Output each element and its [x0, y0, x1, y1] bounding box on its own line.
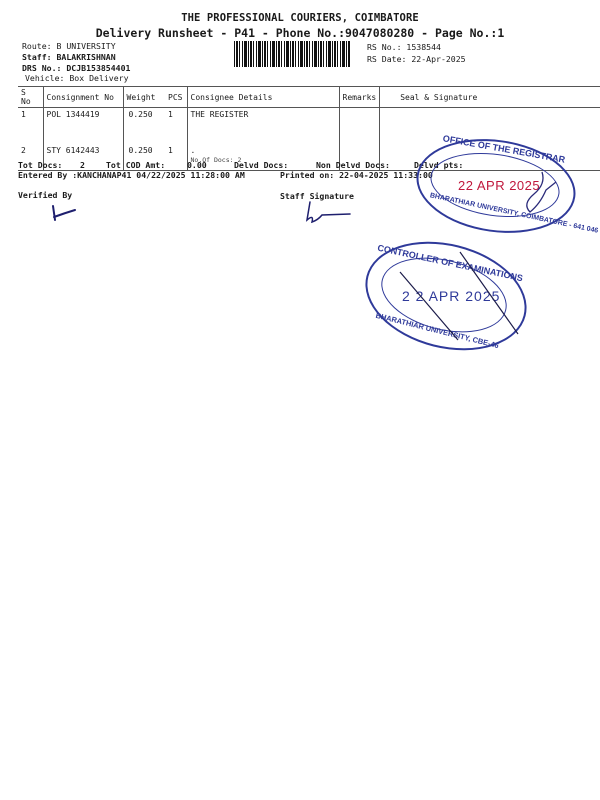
cell-consignment: POL 1344419 [43, 108, 123, 145]
table-row: 1 POL 1344419 0.250 1 THE REGISTER [18, 108, 600, 145]
barcode [234, 41, 351, 67]
tot-docs-label: Tot Docs: [18, 160, 62, 170]
cell-weight: 0.250 [123, 108, 165, 145]
cell-consignee: THE REGISTER [187, 108, 339, 145]
staff-signature-icon [300, 200, 360, 224]
registrar-stamp: OFFICE OF THE REGISTRAR 22 APR 2025 BHAR… [416, 140, 576, 232]
header-sno: S No [18, 87, 43, 108]
cell-pcs: 1 [165, 108, 187, 145]
entered-by: Entered By :KANCHANAP41 04/22/2025 11:28… [18, 170, 245, 180]
header-seal: Seal & Signature [380, 87, 600, 108]
rs-number: RS No.: 1538544 [367, 42, 441, 52]
non-delvd-docs-label: Non Delvd Docs: [316, 160, 390, 170]
verified-by-signature-icon [45, 203, 85, 225]
header-consignment: Consignment No [43, 87, 123, 108]
cell-pcs: 1 [165, 144, 187, 171]
header-remarks: Remarks [339, 87, 380, 108]
drs-number: DRS No.: DCJB153854401 [22, 63, 130, 73]
verified-by-label: Verified By [18, 190, 72, 200]
vehicle-label: Vehicle: Box Delivery [25, 73, 129, 83]
tot-docs-value: 2 [80, 160, 85, 170]
cell-sno: 1 [18, 108, 43, 145]
printed-on: Printed on: 22-04-2025 11:33:00 [280, 170, 433, 180]
runsheet-subtitle: Delivery Runsheet - P41 - Phone No.:9047… [0, 26, 600, 40]
registrar-signature-icon [512, 168, 562, 218]
rs-date: RS Date: 22-Apr-2025 [367, 54, 466, 64]
header-weight: Weight [123, 87, 165, 108]
header-consignee: Consignee Details [187, 87, 339, 108]
consignee-text: . [191, 146, 196, 155]
delvd-docs-label: Delvd Docs: [234, 160, 288, 170]
tot-cod-value: 0.00 [187, 160, 207, 170]
cell-remarks [339, 108, 380, 145]
tot-cod-label: Tot COD Amt: [106, 160, 165, 170]
header-pcs: PCS [165, 87, 187, 108]
staff-label: Staff: BALAKRISHNAN [22, 52, 116, 62]
company-title: THE PROFESSIONAL COURIERS, COIMBATORE [0, 12, 600, 24]
table-header-row: S No Consignment No Weight PCS Consignee… [18, 87, 600, 108]
controller-stamp: CONTROLLER OF EXAMINATIONS 2 2 APR 2025 … [362, 242, 530, 354]
controller-stamp-strike-icon [362, 242, 530, 354]
route-label: Route: B UNIVERSITY [22, 41, 116, 51]
